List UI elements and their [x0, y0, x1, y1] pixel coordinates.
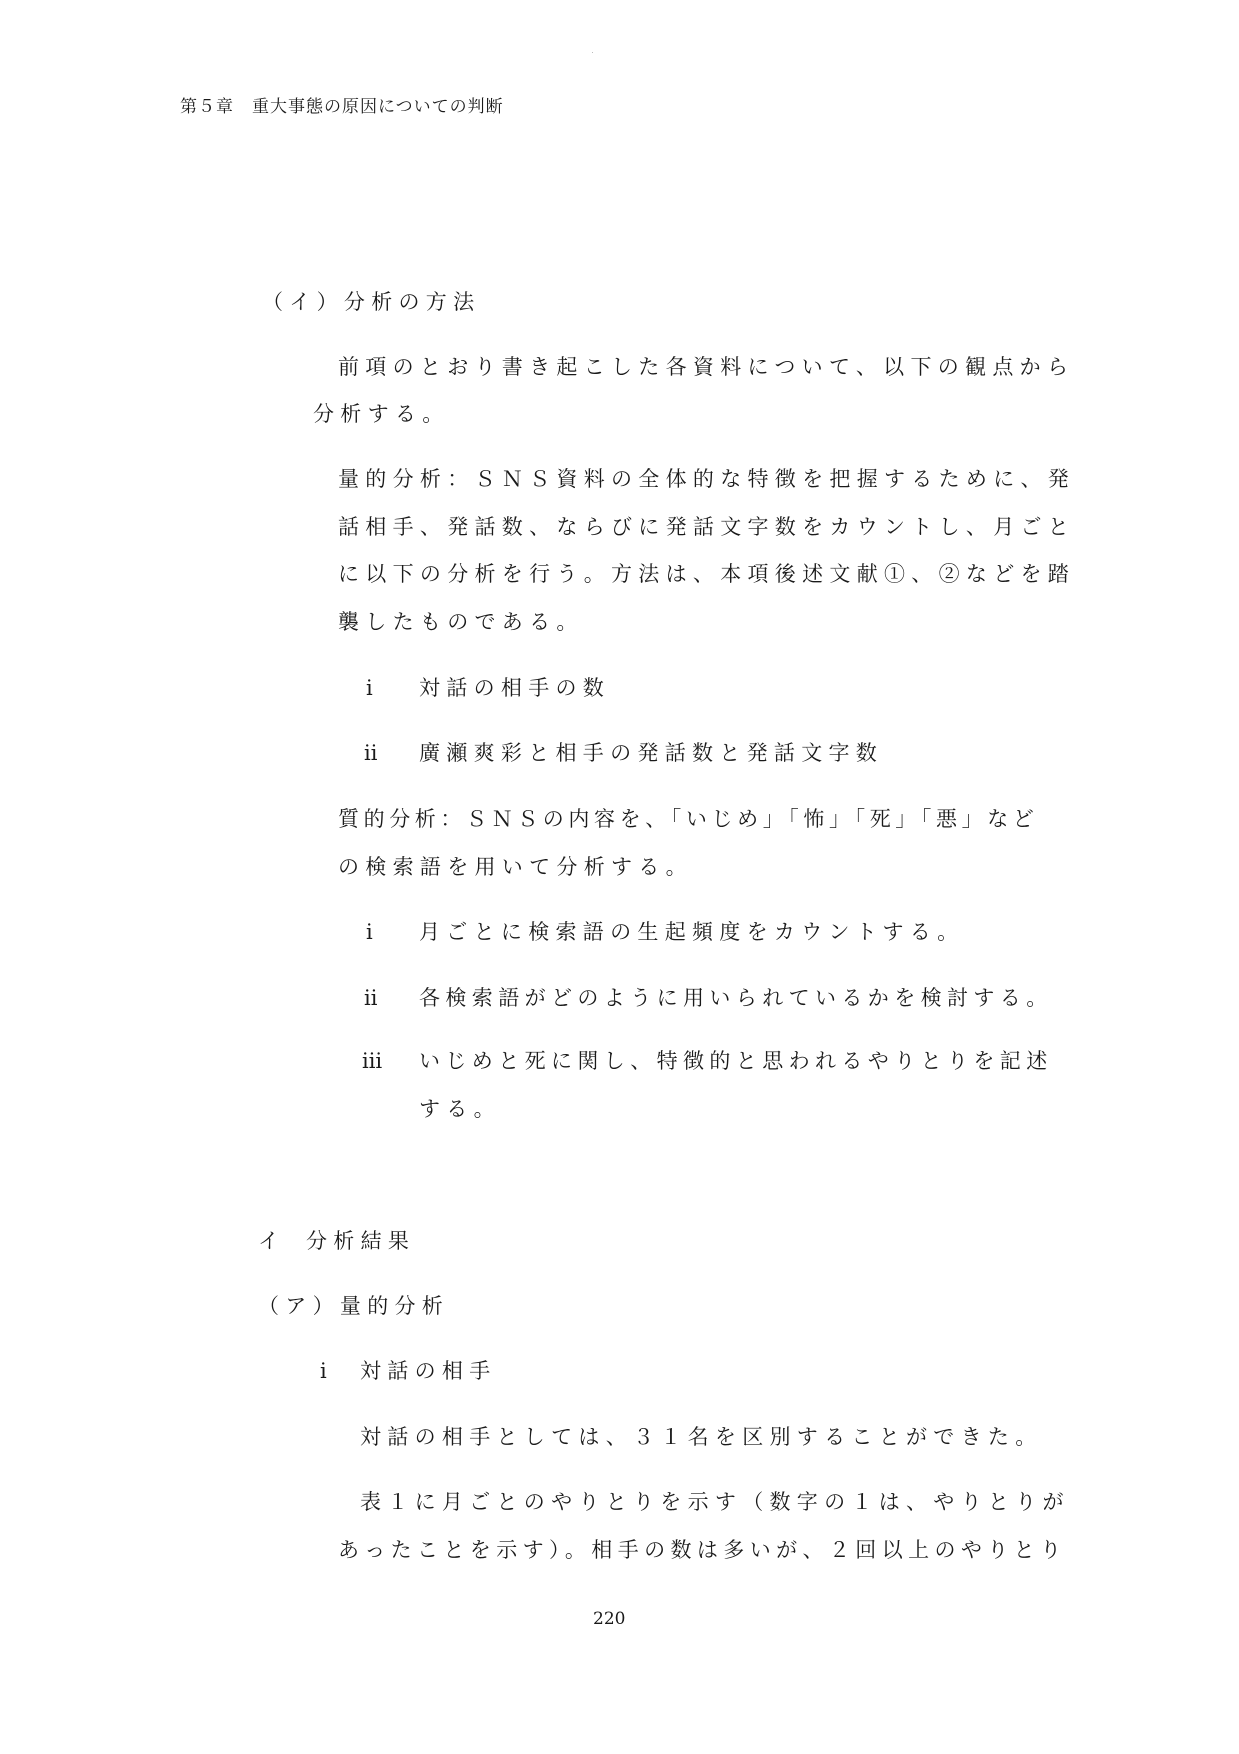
quantitative-item-marker-1: ⅰ — [366, 676, 379, 700]
sub-heading-marker: （ア） — [258, 1294, 340, 1318]
intro-paragraph-line-2: 分析する。 — [313, 402, 450, 426]
heading-text: 分析の方法 — [344, 290, 481, 314]
results-paragraph-2-line-1: 表１に月ごとのやりとりを示す（数字の１は、やりとりが — [360, 1490, 1070, 1514]
quantitative-line-4: 襲したものである。 — [338, 610, 584, 634]
qualitative-item-marker-1: ⅰ — [366, 920, 379, 944]
results-item-marker: ⅰ — [320, 1359, 333, 1383]
results-paragraph-2-line-2: あったことを示す）。相手の数は多いが、２回以上のやりとり — [338, 1538, 1067, 1562]
section-heading-method: （イ）分析の方法 — [262, 290, 480, 314]
quantitative-item-text-1: 対話の相手の数 — [419, 676, 610, 700]
results-paragraph-1: 対話の相手としては、３１名を区別することができた。 — [360, 1425, 1043, 1449]
intro-paragraph-line-1: 前項のとおり書き起こした各資料について、以下の観点から — [338, 355, 1074, 379]
quantitative-item-text-2: 廣瀬爽彩と相手の発話数と発話文字数 — [419, 741, 883, 765]
section-heading-results-marker: イ — [258, 1229, 285, 1253]
quantitative-line-1: 量的分析：ＳＮＳ資料の全体的な特徴を把握するために、発 — [338, 467, 1075, 491]
quantitative-item-marker-2: ⅱ — [364, 741, 384, 765]
qualitative-item-text-3-continuation: する。 — [419, 1097, 501, 1121]
qualitative-item-text-2: 各検索語がどのように用いられているかを検討する。 — [419, 986, 1053, 1010]
document-page: 第５章 重大事態の原因についての判断 （イ）分析の方法 前項のとおり書き起こした… — [0, 0, 1239, 1754]
results-item-text: 対話の相手 — [360, 1359, 497, 1383]
qualitative-item-text-3: いじめと死に関し、特徴的と思われるやりとりを記述 — [419, 1049, 1053, 1073]
running-header: 第５章 重大事態の原因についての判断 — [180, 97, 504, 117]
heading-marker: （イ） — [262, 290, 344, 314]
qualitative-item-marker-3: ⅲ — [362, 1049, 388, 1073]
quantitative-line-3: に以下の分析を行う。方法は、本項後述文献①、②などを踏 — [338, 562, 1075, 586]
qualitative-item-marker-2: ⅱ — [364, 986, 384, 1010]
qualitative-line-1: 質的分析：ＳＮＳの内容を、「いじめ」「怖」「死」「悪」など — [338, 807, 1038, 831]
section-heading-results-text: 分析結果 — [306, 1229, 415, 1253]
qualitative-item-text-1: 月ごとに検索語の生起頻度をカウントする。 — [419, 920, 964, 944]
scan-speck — [592, 52, 593, 53]
sub-heading-quantitative: （ア）量的分析 — [258, 1294, 449, 1318]
qualitative-line-2: の検索語を用いて分析する。 — [338, 855, 693, 879]
quantitative-line-2: 話相手、発話数、ならびに発話文字数をカウントし、月ごと — [338, 515, 1075, 539]
page-number: 220 — [593, 1609, 625, 1629]
sub-heading-text: 量的分析 — [340, 1294, 449, 1318]
